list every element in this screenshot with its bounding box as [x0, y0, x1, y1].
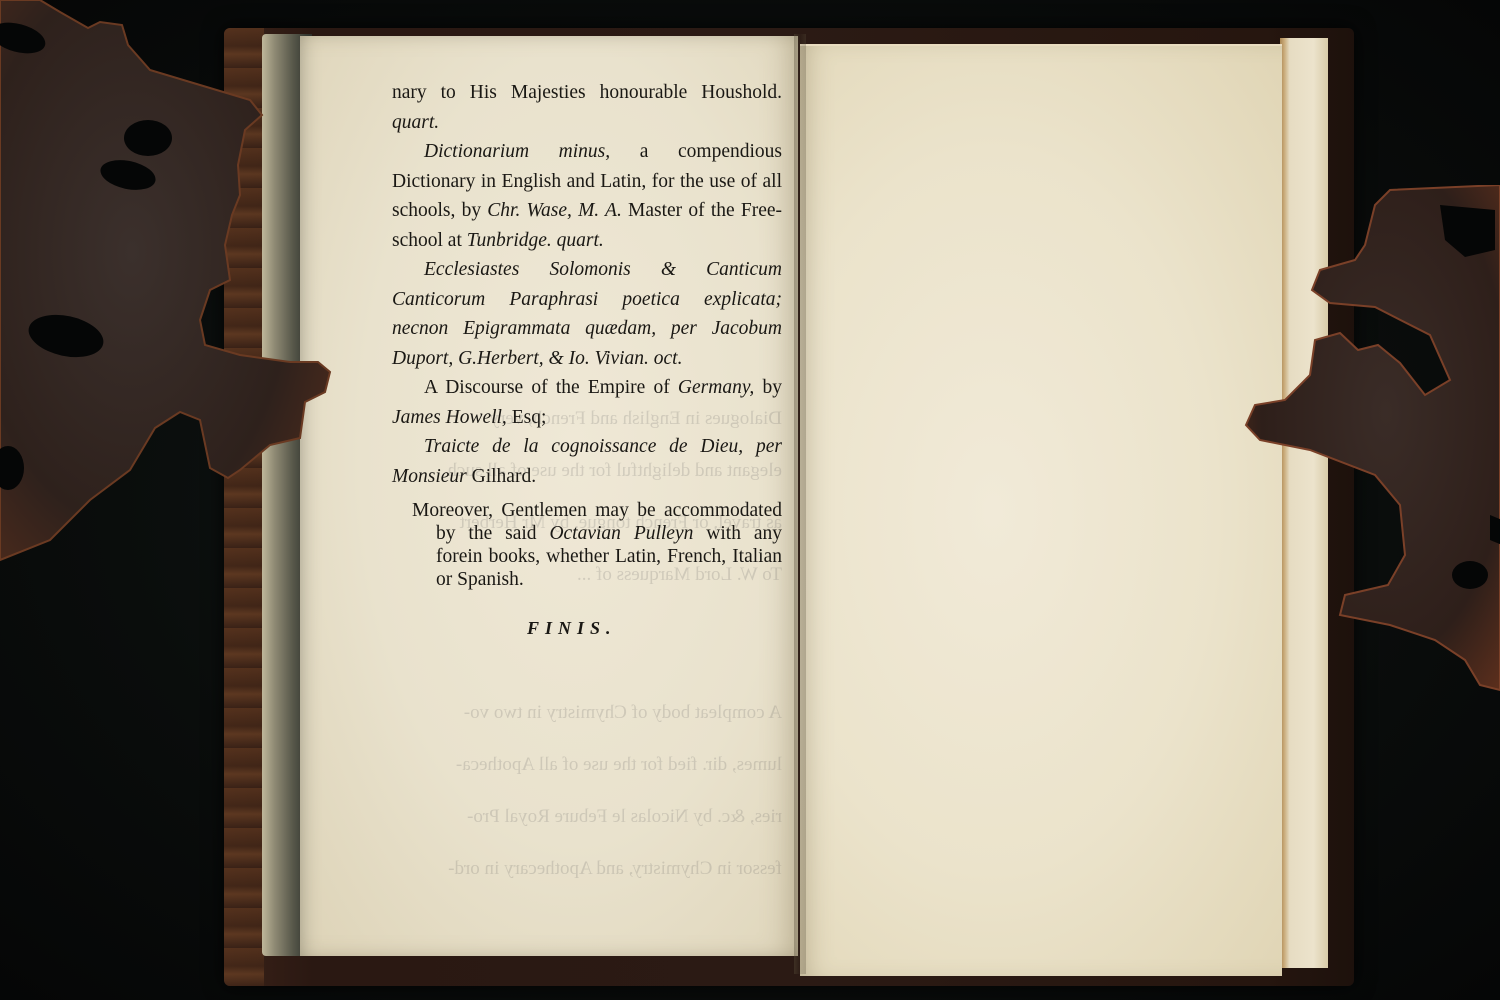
bleed-line: A compleat body of Chymistry in two vo- [392, 700, 782, 726]
entry-household: nary to His Majesties honourable Houshol… [392, 78, 782, 137]
format-label: oct. [654, 348, 683, 369]
book-title: Dictionarium minus, [424, 141, 610, 162]
note-moreover: Moreover, Gentlemen may be accommodated … [392, 499, 782, 591]
right-metal-clamp [1240, 185, 1500, 700]
book-title: Ecclesiastes Solomonis & Canticum Cantic… [392, 259, 782, 369]
bleed-line: lumes, dir. fied for the use of all Apot… [392, 752, 782, 778]
entry-ecclesiastes: Ecclesiastes Solomonis & Canticum Cantic… [392, 255, 782, 373]
entry-empire-germany: A Discourse of the Empire of Germany, by… [392, 373, 782, 432]
entry-traicte: Traicte de la cognoissance de Dieu, per … [392, 432, 782, 491]
author-name: Chr. Wase, M. A. [487, 200, 622, 221]
right-page-blank [800, 44, 1282, 976]
bleed-line: fessor in Chymistry, and Apothecary in o… [392, 856, 782, 882]
catalogue-text: nary to His Majesties honourable Houshol… [392, 78, 782, 591]
format-label: quart. [557, 230, 604, 251]
format-label: quart. [392, 112, 439, 133]
book-title: Traicte de la cognoissance de Dieu, per … [392, 436, 782, 487]
author-name: James Howell, [392, 407, 507, 428]
bookseller-name: Octavian Pulleyn [549, 523, 693, 544]
finis-closing: FINIS. [527, 618, 637, 639]
book-gutter [794, 34, 806, 974]
left-metal-clamp [0, 0, 340, 600]
author-name: Gilhard. [472, 466, 536, 487]
entry-dictionarium: Dictionarium minus, a compendious Dictio… [392, 137, 782, 255]
bleed-line: ries, &c. by Nicolas le Febure Royal Pro… [392, 804, 782, 830]
